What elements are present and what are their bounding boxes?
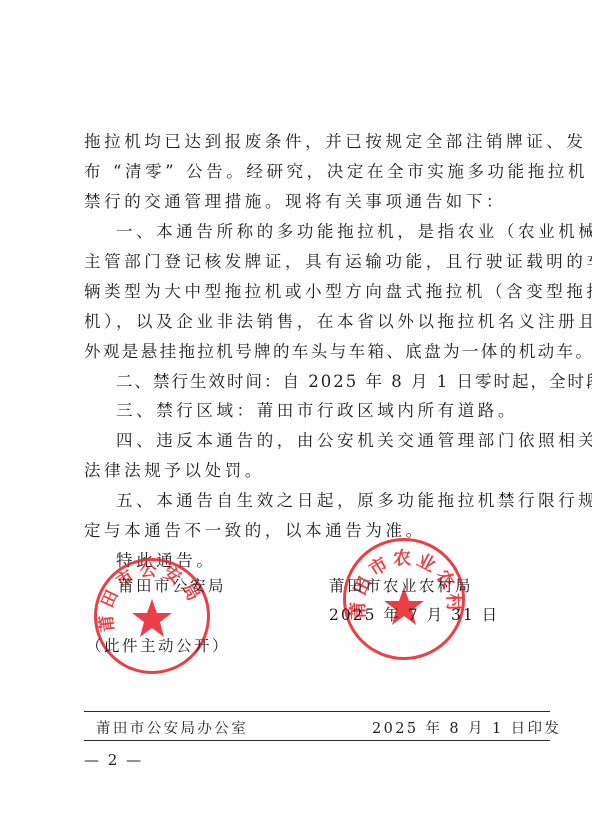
signing-date: 2025 年 7 月 31 日 bbox=[329, 603, 499, 625]
issue-date: 2025 年 8 月 1 日印发 bbox=[372, 717, 561, 738]
body-line-2: 布 “清零” 公告。经研究，决定在全市实施多功能拖拉机 bbox=[84, 162, 530, 182]
section-2-line: 二、禁行生效时间：自 2025 年 8 月 1 日零时起，全时段。 bbox=[116, 372, 530, 392]
page-number: — 2 — bbox=[84, 751, 143, 769]
footer-top-rule bbox=[84, 711, 550, 712]
section-4-line-2: 法律法规予以处罚。 bbox=[84, 461, 530, 481]
section-5-line-2: 定与本通告不一致的，以本通告为准。 bbox=[84, 521, 530, 541]
section-1-line-5: 外观是悬挂拖拉机号牌的车头与车箱、底盘为一体的机动车。 bbox=[84, 342, 530, 362]
right-official-seal: 莆田市农业农村局 bbox=[343, 538, 465, 660]
section-1-line-3: 辆类型为大中型拖拉机或小型方向盘式拖拉机（含变型拖拉 bbox=[84, 282, 530, 302]
section-4-line-1: 四、违反本通告的，由公安机关交通管理部门依照相关 bbox=[116, 431, 530, 451]
document-page: 拖拉机均已达到报废条件，并已按规定全部注销牌证、发 布 “清零” 公告。经研究，… bbox=[0, 0, 592, 835]
body-line-1: 拖拉机均已达到报废条件，并已按规定全部注销牌证、发 bbox=[84, 132, 530, 152]
body-line-3: 禁行的交通管理措施。现将有关事项通告如下： bbox=[84, 192, 530, 212]
section-1-line-1: 一、本通告所称的多功能拖拉机，是指农业（农业机械） bbox=[116, 222, 530, 242]
section-5-line-1: 五、本通告自生效之日起，原多功能拖拉机禁行限行规 bbox=[116, 491, 530, 511]
section-1-line-4: 机），以及企业非法销售，在本省以外以拖拉机名义注册且 bbox=[84, 312, 530, 332]
right-signing-org: 莆田市农业农村局 bbox=[329, 574, 473, 596]
issuing-office: 莆田市公安局办公室 bbox=[96, 717, 248, 738]
section-1-line-2: 主管部门登记核发牌证，具有运输功能，且行驶证载明的车 bbox=[84, 252, 530, 272]
footer-bottom-rule bbox=[84, 740, 550, 741]
public-disclosure-note: （此件主动公开） bbox=[86, 634, 230, 656]
section-3-line: 三、禁行区域：莆田市行政区域内所有道路。 bbox=[116, 401, 530, 421]
left-signing-org: 莆田市公安局 bbox=[118, 574, 226, 596]
seal-star-icon: 莆田市农业农村局 bbox=[346, 541, 462, 657]
